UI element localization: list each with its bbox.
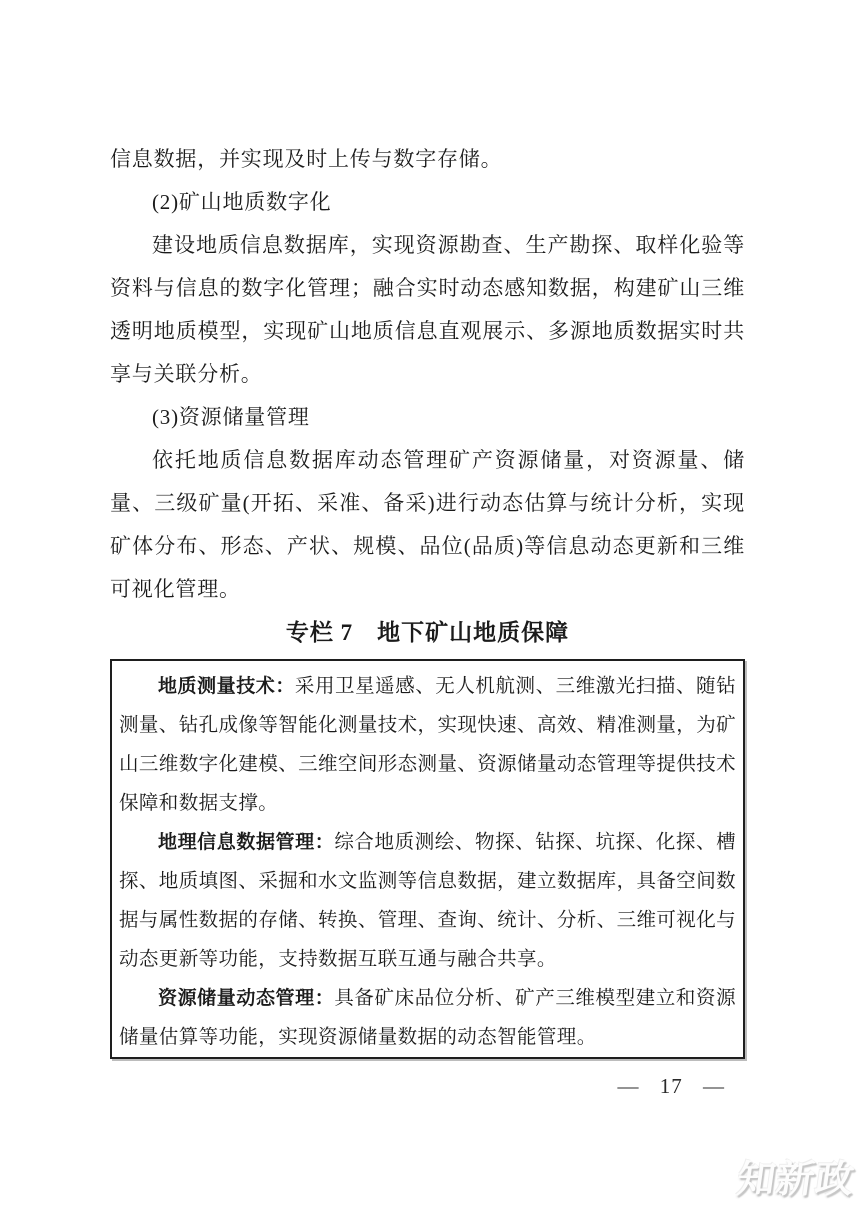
subheading-2-mine-geology-digitalization: (2)矿山地质数字化	[110, 181, 745, 224]
box-paragraph-geo-information-data: 地理信息数据管理：综合地质测绘、物探、钻探、坑探、化探、槽探、地质填图、采掘和水…	[119, 823, 736, 979]
box-paragraph-lead-label: 地理信息数据管理：	[158, 832, 334, 853]
panel-title-column7: 专栏 7 地下矿山地质保障	[110, 611, 745, 654]
box-paragraph-lead-label: 地质测量技术：	[158, 676, 295, 697]
paragraph-geology-database: 建设地质信息数据库，实现资源勘查、生产勘探、取样化验等资料与信息的数字化管理；融…	[110, 224, 745, 396]
page-content: 信息数据，并实现及时上传与数字存储。 (2)矿山地质数字化 建设地质信息数据库，…	[110, 138, 745, 1059]
box-paragraph-reserve-dynamic-management: 资源储量动态管理：具备矿床品位分析、矿产三维模型建立和资源储量估算等功能，实现资…	[119, 979, 736, 1057]
watermark-zhixinzheng: 知新政	[734, 1148, 858, 1203]
paragraph-reserve-management: 依托地质信息数据库动态管理矿产资源储量，对资源量、储量、三级矿量(开拓、采准、备…	[110, 439, 745, 611]
subheading-3-resource-reserve-management: (3)资源储量管理	[110, 396, 745, 439]
column7-box: 地质测量技术：采用卫星遥感、无人机航测、三维激光扫描、随钻测量、钻孔成像等智能化…	[110, 659, 745, 1059]
box-paragraph-geological-survey: 地质测量技术：采用卫星遥感、无人机航测、三维激光扫描、随钻测量、钻孔成像等智能化…	[119, 667, 736, 823]
body-text: 信息数据，并实现及时上传与数字存储。 (2)矿山地质数字化 建设地质信息数据库，…	[110, 138, 745, 611]
paragraph-continuation: 信息数据，并实现及时上传与数字存储。	[110, 138, 745, 181]
page-number: — 17 —	[618, 1072, 726, 1100]
box-paragraph-lead-label: 资源储量动态管理：	[158, 988, 334, 1009]
document-page: 信息数据，并实现及时上传与数字存储。 (2)矿山地质数字化 建设地质信息数据库，…	[0, 0, 858, 1211]
